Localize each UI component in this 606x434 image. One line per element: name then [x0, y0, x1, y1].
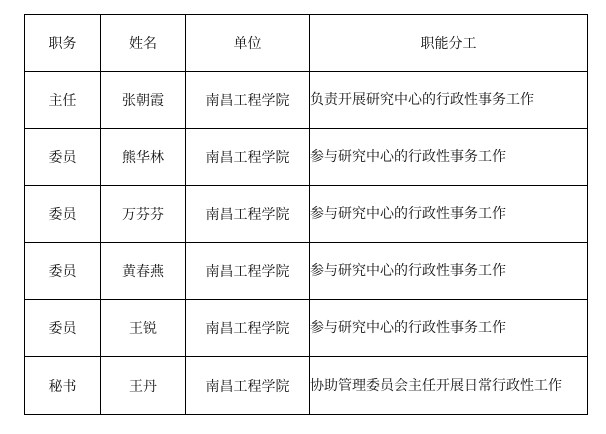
cell-position: 主任 [25, 72, 101, 129]
cell-unit: 南昌工程学院 [186, 186, 310, 243]
cell-duty: 参与研究中心的行政性事务工作 [310, 129, 588, 186]
header-name: 姓名 [101, 15, 186, 72]
cell-name: 万芬芬 [101, 186, 186, 243]
committee-roster-table: 职务 姓名 单位 职能分工 主任 张朝霞 南昌工程学院 负责开展研究中心的行政性… [24, 14, 588, 415]
cell-position: 秘书 [25, 357, 101, 415]
cell-duty: 参与研究中心的行政性事务工作 [310, 300, 588, 357]
table-row: 委员 熊华林 南昌工程学院 参与研究中心的行政性事务工作 [25, 129, 588, 186]
table-row: 委员 王锐 南昌工程学院 参与研究中心的行政性事务工作 [25, 300, 588, 357]
cell-unit: 南昌工程学院 [186, 357, 310, 415]
cell-duty: 参与研究中心的行政性事务工作 [310, 186, 588, 243]
cell-duty: 负责开展研究中心的行政性事务工作 [310, 72, 588, 129]
cell-unit: 南昌工程学院 [186, 243, 310, 300]
table-row: 主任 张朝霞 南昌工程学院 负责开展研究中心的行政性事务工作 [25, 72, 588, 129]
cell-duty: 协助管理委员会主任开展日常行政性工作 [310, 357, 588, 415]
cell-duty: 参与研究中心的行政性事务工作 [310, 243, 588, 300]
header-position: 职务 [25, 15, 101, 72]
table-row: 委员 万芬芬 南昌工程学院 参与研究中心的行政性事务工作 [25, 186, 588, 243]
cell-name: 熊华林 [101, 129, 186, 186]
cell-position: 委员 [25, 243, 101, 300]
cell-unit: 南昌工程学院 [186, 72, 310, 129]
cell-unit: 南昌工程学院 [186, 129, 310, 186]
cell-position: 委员 [25, 300, 101, 357]
cell-name: 黄春燕 [101, 243, 186, 300]
cell-position: 委员 [25, 129, 101, 186]
table-header-row: 职务 姓名 单位 职能分工 [25, 15, 588, 72]
table-row: 委员 黄春燕 南昌工程学院 参与研究中心的行政性事务工作 [25, 243, 588, 300]
table-row: 秘书 王丹 南昌工程学院 协助管理委员会主任开展日常行政性工作 [25, 357, 588, 415]
cell-position: 委员 [25, 186, 101, 243]
header-unit: 单位 [186, 15, 310, 72]
header-duty: 职能分工 [310, 15, 588, 72]
cell-name: 王锐 [101, 300, 186, 357]
cell-unit: 南昌工程学院 [186, 300, 310, 357]
cell-name: 王丹 [101, 357, 186, 415]
cell-name: 张朝霞 [101, 72, 186, 129]
